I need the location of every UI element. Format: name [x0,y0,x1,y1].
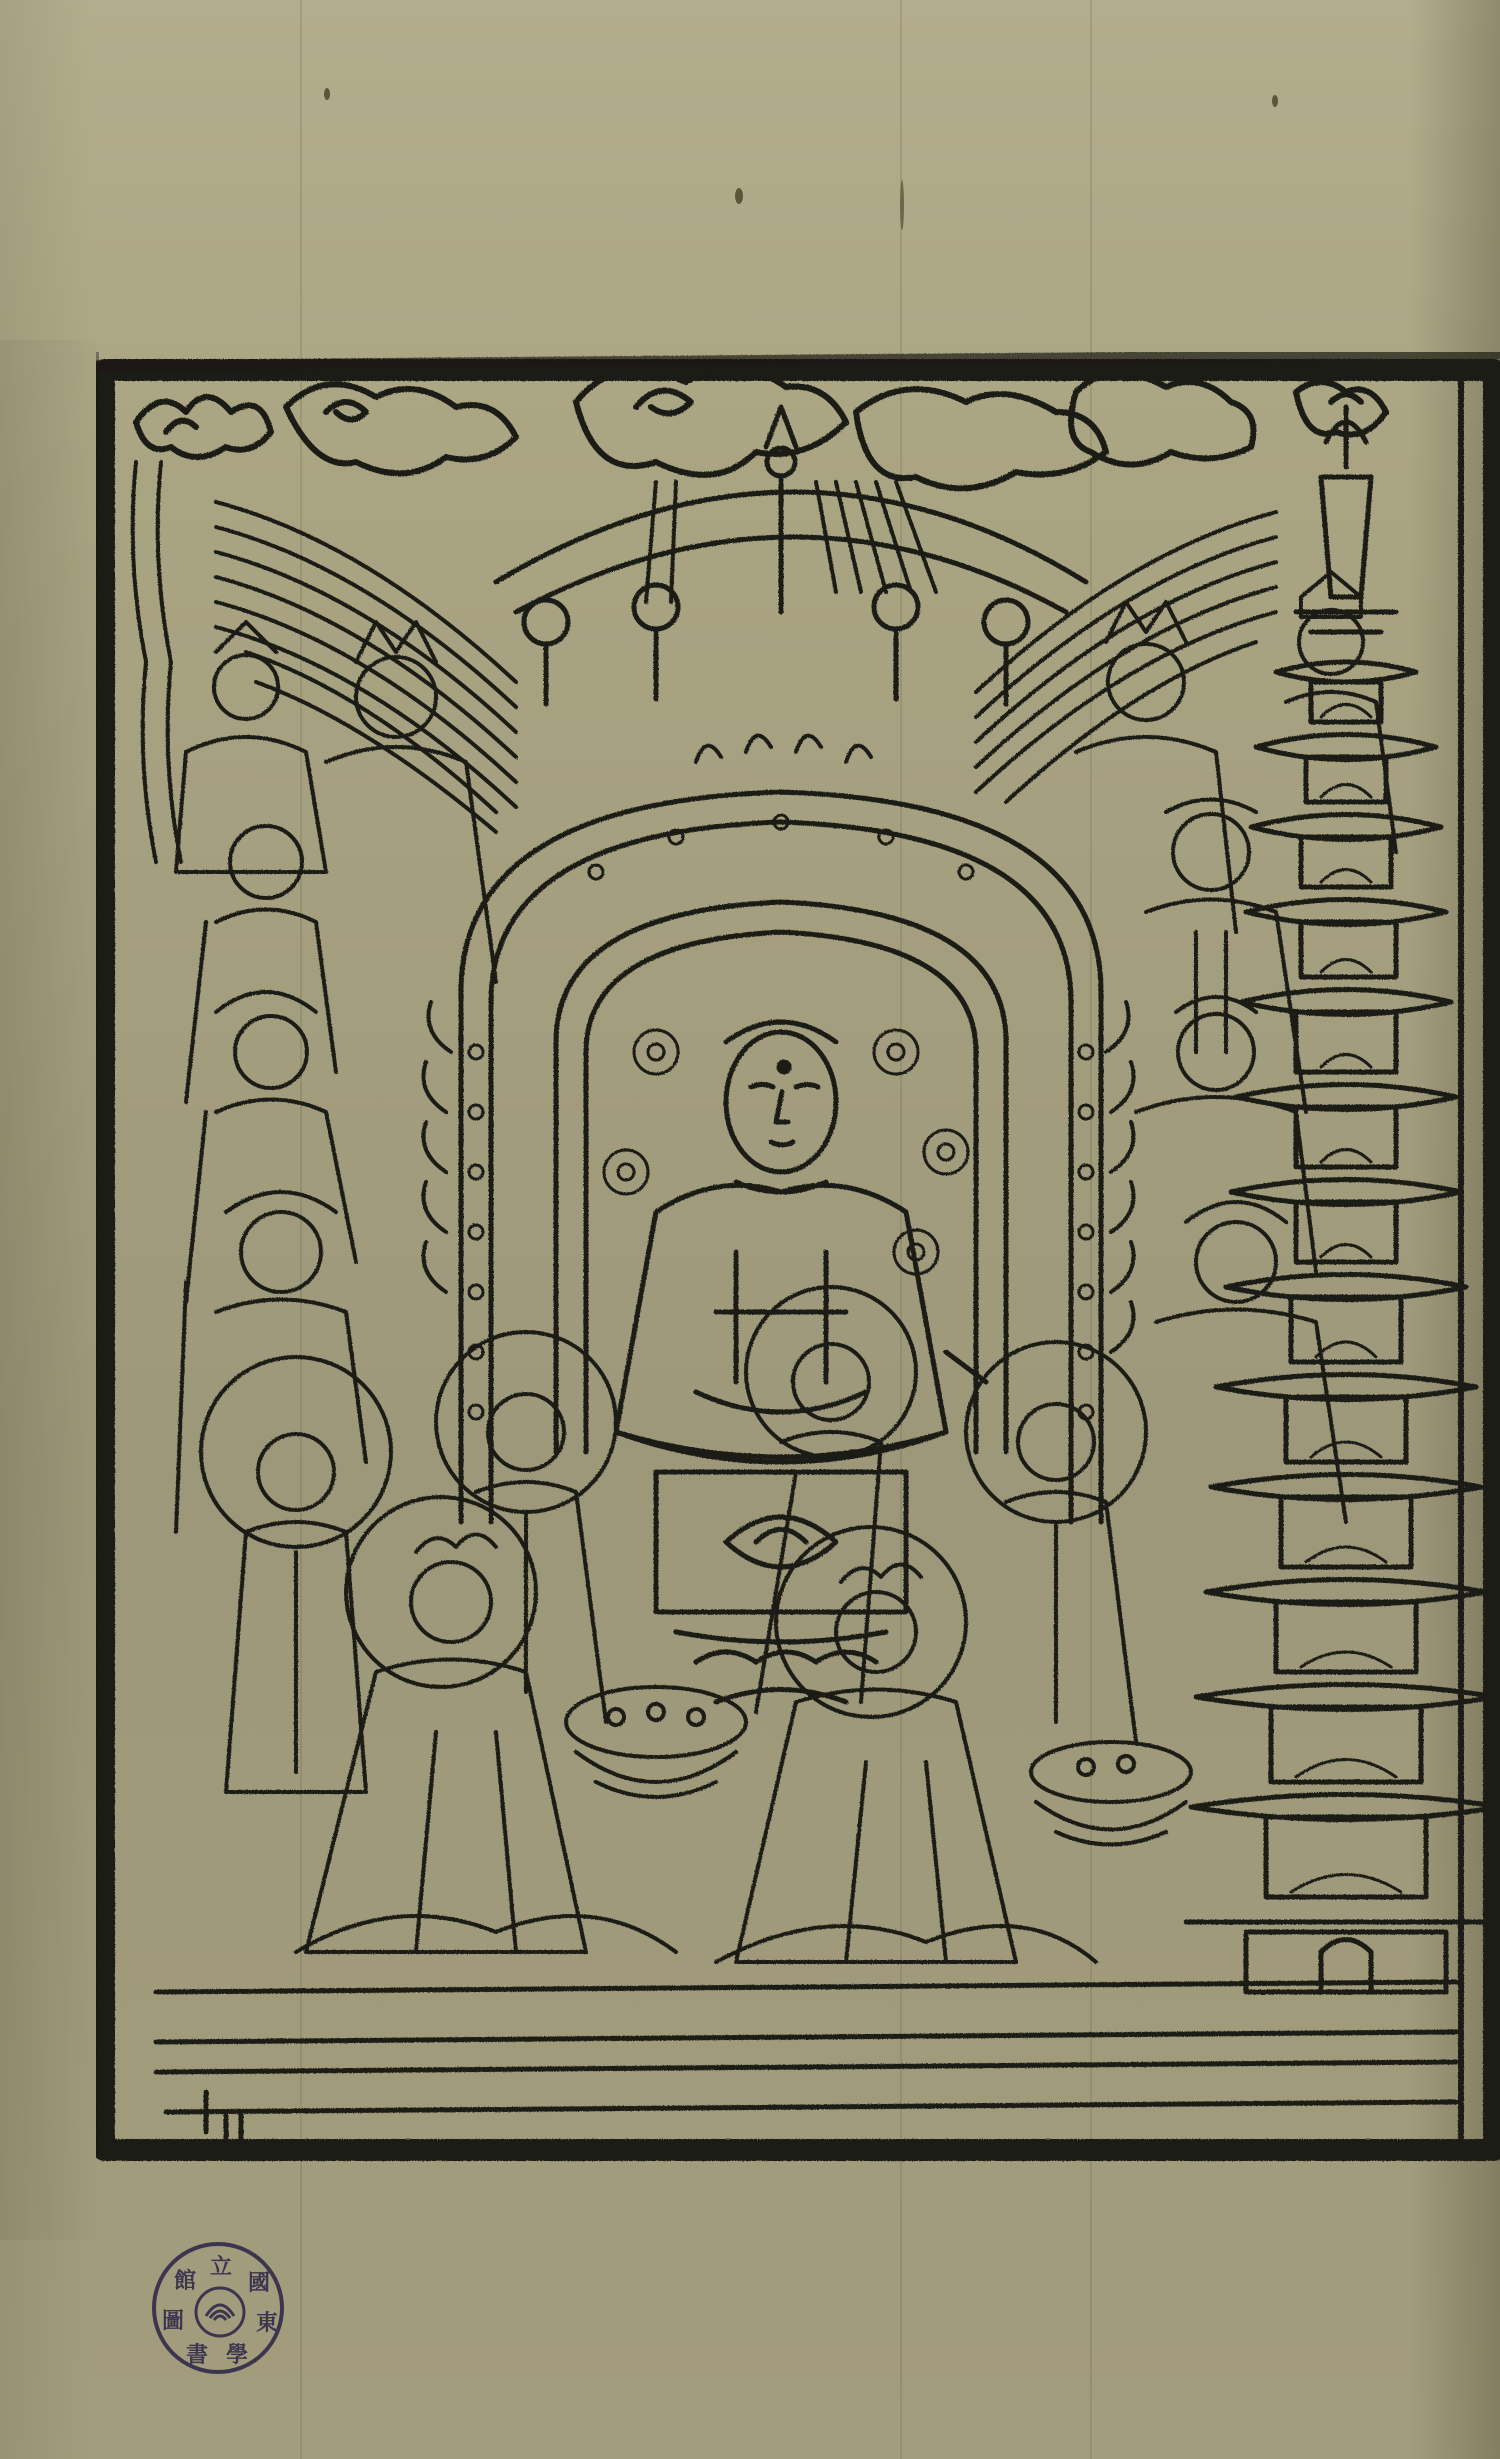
seal-monogram-icon [206,2305,234,2320]
print-line-art [96,352,1500,2162]
seated-buddha [616,1022,986,1462]
seal-char: 館 [174,2268,196,2294]
pagoda [1186,407,1500,1992]
woodblock-print [96,352,1500,2162]
canopy [496,407,1086,704]
seal-char: 國 [248,2270,270,2296]
seal-char: 立 [210,2254,232,2280]
paper-fold-strip [0,340,96,2240]
radiating-lines [133,462,1276,862]
seal-char: 學 [226,2342,248,2368]
left-attendants [176,622,496,1532]
kneeling-devotees [296,1497,1096,1962]
seal-char: 東 [256,2310,278,2336]
paper-stain [735,188,743,204]
seal-char: 書 [186,2342,208,2368]
mandorla [424,736,1134,1522]
right-attendants [1076,572,1396,1522]
cloud-band [136,368,1386,488]
paper-stain [324,88,330,100]
paper-stain [1272,95,1278,107]
offering-bowls [566,1687,1191,1845]
library-seal: 立 國 東 學 書 圖 館 [148,2238,288,2378]
seal-char: 圖 [162,2308,184,2334]
paper-stain [900,180,904,230]
floor-steps [156,1982,1456,2142]
